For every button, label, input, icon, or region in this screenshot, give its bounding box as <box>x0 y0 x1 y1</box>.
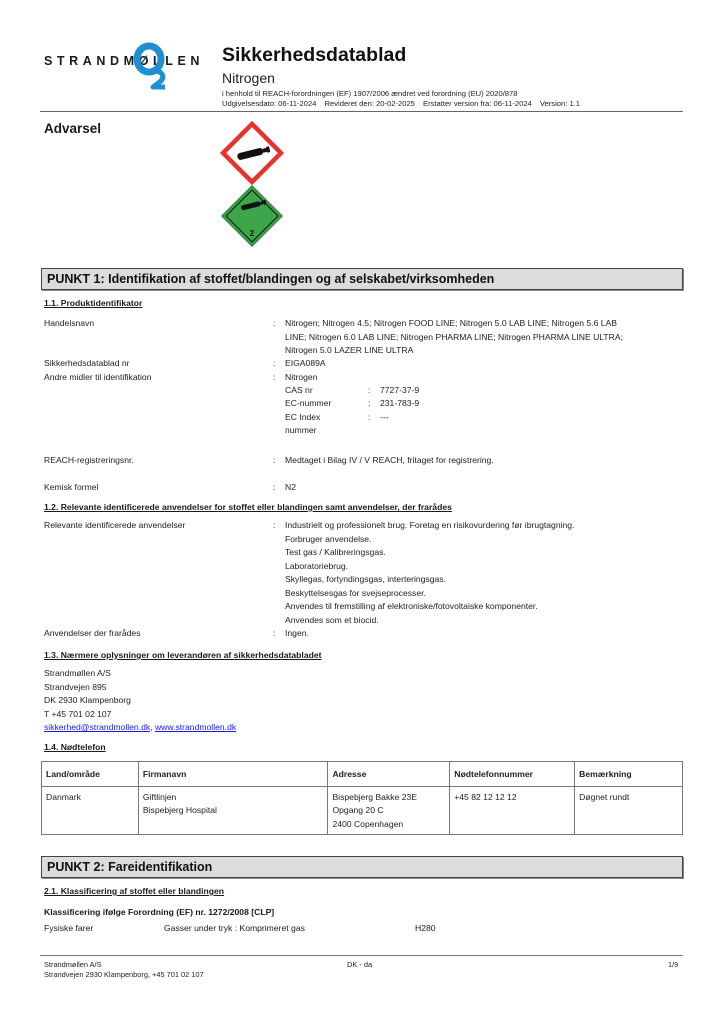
chemical-formula-value: N2 <box>285 481 296 495</box>
ghs-gas-cylinder-icon <box>220 121 284 185</box>
hazard-category: Fysiske farer <box>44 923 93 933</box>
supplier-city: DK 2930 Klampenborg <box>44 694 236 708</box>
identified-use-item: Industrielt og professionelt brug. Foret… <box>285 519 574 533</box>
company-logo: STRANDMØLLEN <box>44 42 214 92</box>
other-identification-label: Andre midler til identifikation <box>44 372 151 382</box>
identified-use-item: Anvendes til fremstilling af elektronisk… <box>285 600 574 614</box>
document-dates: Udgivelsesdato: 06-11-2024 Revideret den… <box>222 99 586 108</box>
sds-number-value: EIGA089A <box>285 357 326 371</box>
section-2-title: PUNKT 2: Fareidentifikation <box>47 860 212 874</box>
issue-date: Udgivelsesdato: 06-11-2024 <box>222 99 316 108</box>
ec-index-value: --- <box>380 412 389 422</box>
ec-index-label-cont: nummer <box>285 425 317 435</box>
cas-label: CAS nr <box>285 385 313 395</box>
supplier-company: Strandmøllen A/S <box>44 667 236 681</box>
column-header: Land/område <box>42 762 139 787</box>
supplier-phone: T +45 701 02 107 <box>44 708 236 722</box>
sds-number-label: Sikkerhedsdatablad nr <box>44 358 130 368</box>
section-1-header: PUNKT 1: Identifikation af stoffet/bland… <box>41 268 683 290</box>
uses-advised-against-value: Ingen. <box>285 627 309 641</box>
regulation-reference: i henhold til REACH-forordningen (EF) 19… <box>222 89 517 98</box>
note-cell: Døgnet rundt <box>575 787 683 835</box>
supplier-email-link[interactable]: sikkerhed@strandmollen.dk <box>44 722 150 732</box>
adr-class-2-non-flammable-gas-icon: 2 <box>220 184 284 248</box>
identified-use-item: Skyllegas, fortyndingsgas, interteringsg… <box>285 573 574 587</box>
trade-name-value: Nitrogen; Nitrogen 4.5; Nitrogen FOOD LI… <box>285 317 623 358</box>
supplier-website-link[interactable]: www.strandmollen.dk <box>155 722 236 732</box>
product-name: Nitrogen <box>222 70 275 86</box>
footer-divider <box>40 955 683 956</box>
svg-text:2: 2 <box>250 229 255 238</box>
version: Version: 1.1 <box>540 99 580 108</box>
supplier-details: Strandmøllen A/S Strandvejen 895 DK 2930… <box>44 667 236 735</box>
hazard-classification: Gasser under tryk : Komprimeret gas <box>164 923 305 933</box>
footer-language: DK - da <box>347 960 372 969</box>
column-header: Firmanavn <box>138 762 328 787</box>
o2-logo-icon <box>132 42 172 90</box>
signal-word: Advarsel <box>44 121 101 136</box>
section-2-header: PUNKT 2: Fareidentifikation <box>41 856 683 878</box>
cas-value: 7727-37-9 <box>380 385 419 395</box>
trade-name-label: Handelsnavn <box>44 318 94 328</box>
column-header: Adresse <box>328 762 450 787</box>
identified-uses-label: Relevante identificerede anvendelser <box>44 520 185 530</box>
ec-number-value: 231-783-9 <box>380 398 419 408</box>
column-header: Bemærkning <box>575 762 683 787</box>
logo-wordmark: STRANDMØLLEN <box>44 54 204 68</box>
replaces-version: Erstatter version fra: 06-11-2024 <box>423 99 532 108</box>
reach-label: REACH-registreringsnr. <box>44 455 134 465</box>
phone-cell: +45 82 12 12 12 <box>450 787 575 835</box>
section-1-title: PUNKT 1: Identifikation af stoffet/bland… <box>47 272 494 286</box>
subsection-1-4-heading: 1.4. Nødtelefon <box>44 742 106 752</box>
identified-use-item: Laboratoriebrug. <box>285 560 574 574</box>
page-number: 1/9 <box>668 960 678 969</box>
other-identification-value: Nitrogen <box>285 371 317 385</box>
identified-use-item: Beskyttelsesgas for svejseprocesser. <box>285 587 574 601</box>
header-divider <box>40 111 683 112</box>
identified-use-item: Test gas / Kalibreringsgas. <box>285 546 574 560</box>
identified-uses-list: Industrielt og professionelt brug. Foret… <box>285 519 574 627</box>
subsection-2-1-heading: 2.1. Klassificering af stoffet eller bla… <box>44 886 224 896</box>
emergency-phone-table: Land/område Firmanavn Adresse Nødtelefon… <box>41 761 683 835</box>
uses-advised-against-label: Anvendelser der frarådes <box>44 628 141 638</box>
subsection-1-3-heading: 1.3. Nærmere oplysninger om leverandøren… <box>44 650 322 660</box>
revised-date: Revideret den: 20-02-2025 <box>325 99 415 108</box>
country-cell: Danmark <box>42 787 139 835</box>
subsection-1-1-heading: 1.1. Produktidentifikator <box>44 298 142 308</box>
ec-number-label: EC-nummer <box>285 398 331 408</box>
clp-classification-heading: Klassificering ifølge Forordning (EF) nr… <box>44 907 274 917</box>
subsection-1-2-heading: 1.2. Relevante identificerede anvendelse… <box>44 502 452 512</box>
chemical-formula-label: Kemisk formel <box>44 482 98 492</box>
supplier-street: Strandvejen 895 <box>44 681 236 695</box>
table-row: Danmark Giftlinjen Bispebjerg Hospital B… <box>42 787 683 835</box>
identified-use-item: Forbruger anvendelse. <box>285 533 574 547</box>
address-cell: Bispebjerg Bakke 23E Opgang 20 C 2400 Co… <box>328 787 450 835</box>
identified-use-item: Anvendes som et biocid. <box>285 614 574 628</box>
document-title: Sikkerhedsdatablad <box>222 44 406 67</box>
ec-index-label: EC Index <box>285 412 320 422</box>
hazard-code: H280 <box>415 923 436 933</box>
reach-value: Medtaget i Bilag IV / V REACH, fritaget … <box>285 454 494 468</box>
table-header-row: Land/område Firmanavn Adresse Nødtelefon… <box>42 762 683 787</box>
footer-company: Strandmøllen A/S Strandvejen 2930 Klampe… <box>44 960 204 980</box>
column-header: Nødtelefonnummer <box>450 762 575 787</box>
company-cell: Giftlinjen Bispebjerg Hospital <box>138 787 328 835</box>
